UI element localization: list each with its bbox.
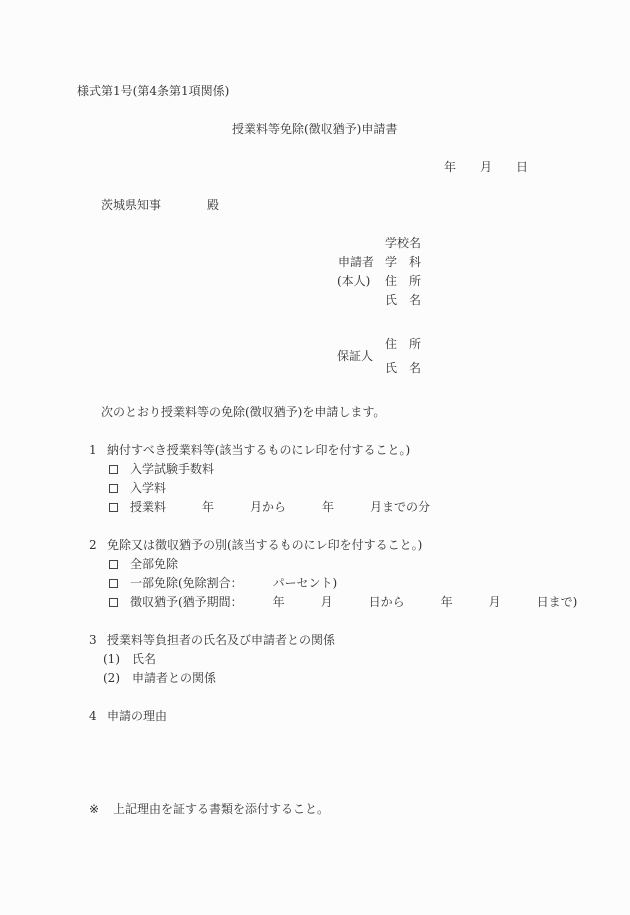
section-1-number: 1 (89, 444, 97, 456)
date-year: 年 (444, 161, 456, 173)
checkbox[interactable] (109, 598, 118, 607)
section-2-option-1[interactable]: 全部免除 (109, 558, 178, 570)
applicant-field-department: 学 科 (385, 256, 421, 268)
section-3-item-2: (2) 申請者との関係 (103, 672, 216, 684)
checkbox[interactable] (109, 560, 118, 569)
applicant-sublabel: (本人) (337, 275, 370, 287)
section-1-option-2[interactable]: 入学料 (109, 482, 166, 494)
addressee-name: 茨城県知事 (101, 199, 161, 211)
checkbox[interactable] (109, 503, 118, 512)
note-mark: ※ (89, 803, 99, 815)
form-number: 様式第1号(第4条第1項関係) (77, 85, 229, 97)
section-3-number: 3 (89, 634, 97, 646)
applicant-field-school: 学校名 (385, 237, 421, 249)
section-1-heading: 納付すべき授業料等(該当するものにレ印を付すること。) (107, 444, 410, 456)
checkbox[interactable] (109, 465, 118, 474)
page-title: 授業料等免除(徴収猶予)申請書 (232, 123, 397, 135)
date-month: 月 (480, 161, 492, 173)
section-3-item-1: (1) 氏名 (103, 653, 156, 665)
section-4-number: 4 (89, 710, 97, 722)
section-3-heading: 授業料等負担者の氏名及び申請者との関係 (107, 634, 335, 646)
section-1-option-1[interactable]: 入学試験手数料 (109, 463, 214, 475)
section-2-number: 2 (89, 539, 97, 551)
section-2-option-2[interactable]: 一部免除(免除割合： パーセント) (109, 577, 337, 589)
addressee-honorific: 殿 (207, 199, 219, 211)
applicant-label: 申請者 (338, 256, 374, 268)
section-1-option-3[interactable]: 授業料 年 月から 年 月までの分 (109, 501, 430, 513)
guarantor-label: 保証人 (337, 350, 373, 362)
applicant-field-address: 住 所 (385, 275, 421, 287)
checkbox[interactable] (109, 484, 118, 493)
section-2-heading: 免除又は徴収猶予の別(該当するものにレ印を付すること。) (107, 539, 422, 551)
applicant-field-name: 氏 名 (385, 294, 421, 306)
section-4-heading: 申請の理由 (107, 710, 167, 722)
guarantor-field-address: 住 所 (385, 338, 421, 350)
note-text: 上記理由を証する書類を添付すること。 (113, 803, 329, 815)
section-2-option-3[interactable]: 徴収猶予(猶予期間： 年 月 日から 年 月 日まで) (109, 596, 577, 608)
checkbox[interactable] (109, 579, 118, 588)
guarantor-field-name: 氏 名 (385, 362, 421, 374)
intro-text: 次のとおり授業料等の免除(徴収猶予)を申請します。 (101, 406, 385, 418)
date-day: 日 (516, 161, 528, 173)
